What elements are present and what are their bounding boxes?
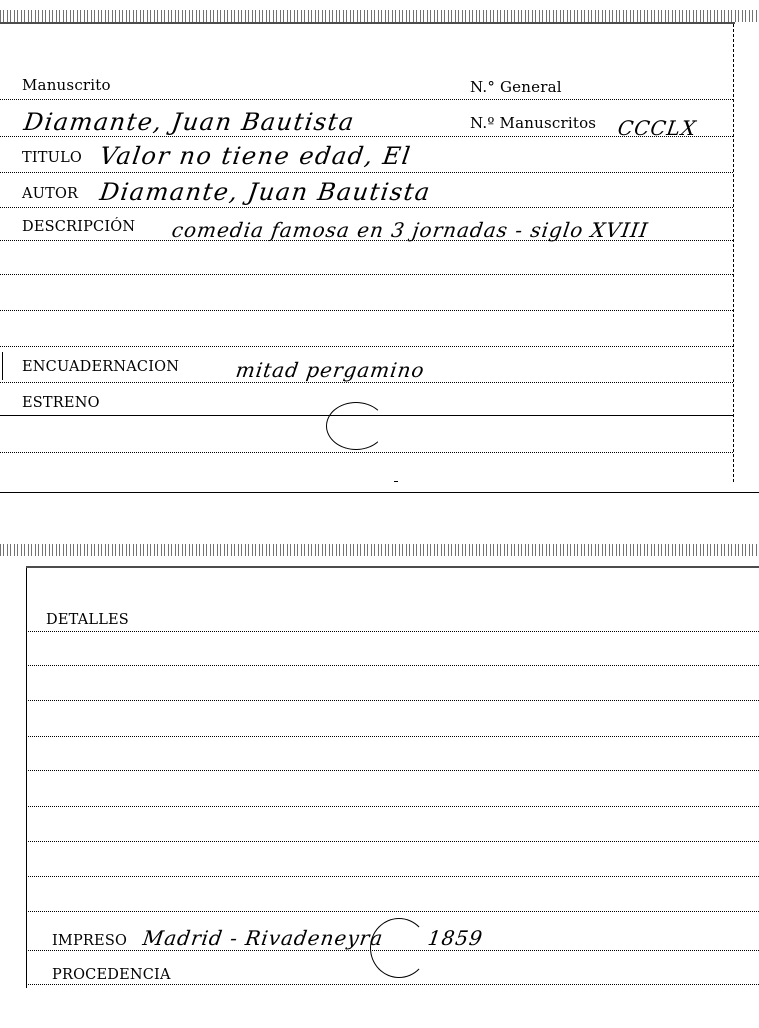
encuadernacion-value: mitad pergamino xyxy=(235,360,427,380)
detalles-line-2 xyxy=(28,665,759,666)
card-right-border xyxy=(733,24,734,482)
manuscrito-value-line xyxy=(0,136,733,137)
punch-hole-mark xyxy=(326,402,386,450)
detalles-line-5 xyxy=(28,770,759,771)
descripcion-line xyxy=(0,240,733,241)
blank-line-3 xyxy=(0,346,733,347)
manuscrito-label: Manuscrito xyxy=(22,78,111,93)
autor-label: AUTOR xyxy=(22,187,78,202)
titulo-label: TITULO xyxy=(22,151,82,166)
blank-line-4 xyxy=(0,452,733,453)
detalles-line xyxy=(28,631,759,632)
titulo-line xyxy=(0,172,733,173)
scan-noise-top-edge xyxy=(0,10,759,22)
card-top-edge xyxy=(0,22,735,24)
detalles-label: DETALLES xyxy=(46,613,129,628)
autor-value: Diamante, Juan Bautista xyxy=(98,180,432,204)
blank-line-1 xyxy=(0,274,733,275)
detalles-line-7 xyxy=(28,841,759,842)
detalles-line-3 xyxy=(28,700,759,701)
procedencia-label: PROCEDENCIA xyxy=(52,968,171,983)
descripcion-label: DESCRIPCIÓN xyxy=(22,220,135,235)
n-manuscritos-label: N.º Manuscritos xyxy=(470,116,596,131)
punch-hole-mark-2 xyxy=(370,918,428,978)
detalles-line-8 xyxy=(28,876,759,877)
blank-line-2 xyxy=(0,310,733,311)
encuadernacion-line xyxy=(0,382,733,383)
n-manuscritos-value: CCCLX xyxy=(617,118,698,138)
impreso-label: IMPRESO xyxy=(52,934,127,949)
detalles-line-9 xyxy=(28,911,759,912)
catalog-card-back: DETALLES IMPRESO Madrid - Rivadeneyra 18… xyxy=(0,540,759,1028)
descripcion-value: comedia famosa en 3 jornadas - siglo XVI… xyxy=(171,220,650,240)
autor-line xyxy=(0,207,733,208)
impreso-value: Madrid - Rivadeneyra xyxy=(142,928,385,948)
n-general-label: N.° General xyxy=(470,80,562,95)
manuscrito-value: Diamante, Juan Bautista xyxy=(22,110,356,134)
manuscrito-line xyxy=(0,99,733,100)
encuadernacion-label: ENCUADERNACION xyxy=(22,360,179,375)
card-top-edge-2 xyxy=(26,566,759,568)
scan-noise-top-edge-2 xyxy=(0,544,759,556)
scan-speck xyxy=(394,481,398,482)
catalog-card-front: Manuscrito N.° General Diamante, Juan Ba… xyxy=(0,0,759,495)
encuadernacion-tick xyxy=(2,352,3,380)
card-left-border xyxy=(26,568,27,988)
detalles-line-4 xyxy=(28,736,759,737)
procedencia-line xyxy=(28,984,759,985)
estreno-label: ESTRENO xyxy=(22,396,100,411)
detalles-line-6 xyxy=(28,806,759,807)
impreso-year: 1859 xyxy=(427,928,485,948)
titulo-value: Valor no tiene edad, El xyxy=(98,144,413,168)
card-bottom-edge xyxy=(0,492,759,493)
